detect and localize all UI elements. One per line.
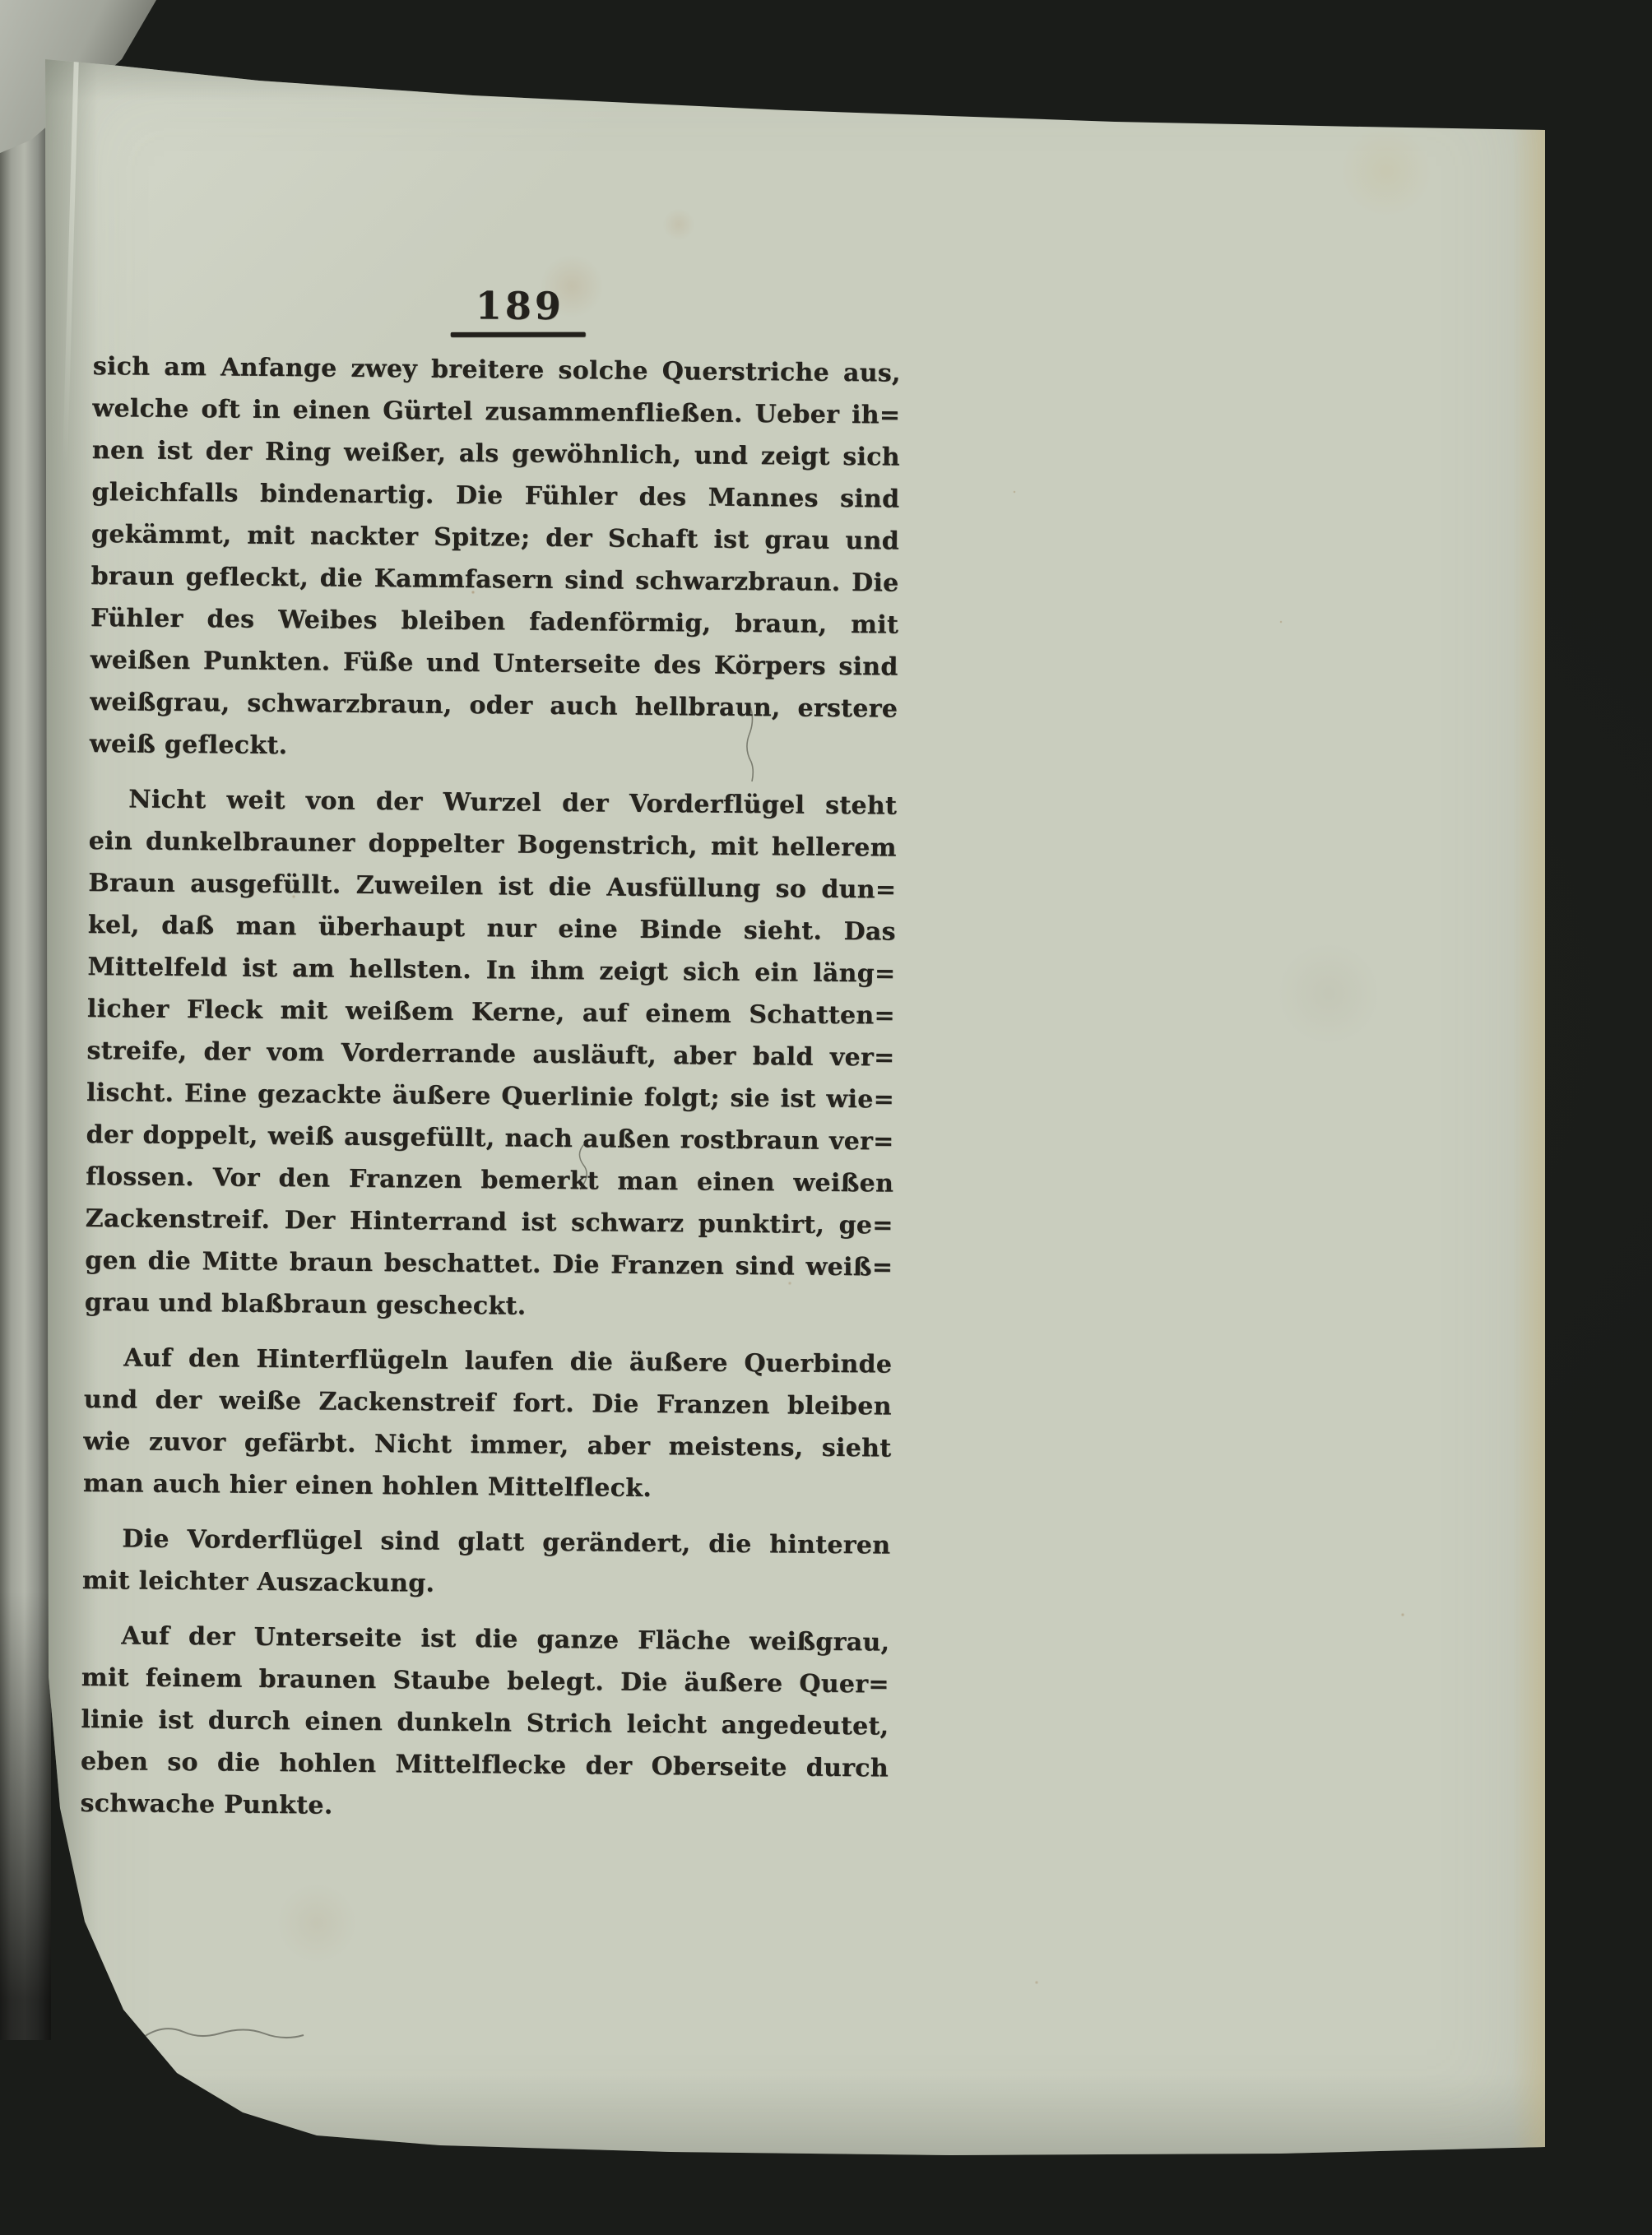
paragraph: Auf der Unterseite ist die ganze Fläche … bbox=[80, 1615, 889, 1832]
page-number: 189 bbox=[116, 285, 924, 327]
text-block: sich am Anfange zwey breitere solche Que… bbox=[80, 345, 901, 1845]
text-line: Nicht weit von der Wurzel der Vorderflüg… bbox=[89, 778, 897, 828]
book-spine-edge bbox=[0, 0, 51, 2040]
text-line: Braun ausgefüllt. Zuweilen ist die Ausfü… bbox=[88, 862, 896, 911]
text-line: streife, der vom Vorderrande ausläuft, a… bbox=[86, 1030, 894, 1079]
scan-fibre-artifact bbox=[142, 2020, 307, 2042]
text-line: lischt. Eine gezackte äußere Querlinie f… bbox=[86, 1072, 894, 1121]
text-line: linie ist durch einen dunkeln Strich lei… bbox=[81, 1699, 889, 1748]
text-line: gen die Mitte braun beschattet. Die Fran… bbox=[85, 1240, 893, 1289]
text-line: licher Fleck mit weißem Kerne, auf einem… bbox=[87, 988, 895, 1037]
paragraph: Nicht weit von der Wurzel der Vorderflüg… bbox=[85, 778, 898, 1331]
text-line: sich am Anfange zwey breitere solche Que… bbox=[93, 345, 901, 395]
text-line: eben so die hohlen Mittelflecke der Ober… bbox=[81, 1741, 889, 1790]
scan-background: 189 sich am Anfange zwey breitere solche… bbox=[0, 0, 1652, 2235]
text-line: Fühler des Weibes bleiben fadenförmig, b… bbox=[90, 597, 898, 647]
page-header: 189 bbox=[93, 285, 901, 339]
paragraph: Die Vorderflügel sind glatt gerändert, d… bbox=[82, 1518, 891, 1609]
text-line: kel, daß man überhaupt nur eine Binde si… bbox=[88, 904, 896, 953]
page-paper: 189 sich am Anfange zwey breitere solche… bbox=[45, 48, 1545, 2158]
text-line: mit feinem braunen Staube belegt. Die äu… bbox=[81, 1657, 889, 1706]
text-line: der doppelt, weiß ausgefüllt, nach außen… bbox=[86, 1114, 893, 1163]
text-line: gekämmt, mit nackter Spitze; der Schaft … bbox=[91, 513, 899, 563]
paragraph: sich am Anfange zwey breitere solche Que… bbox=[90, 345, 901, 772]
text-line: Die Vorderflügel sind glatt gerändert, d… bbox=[82, 1518, 890, 1567]
text-line: schwache Punkte. bbox=[80, 1783, 888, 1832]
text-line: Mittelfeld ist am hellsten. In ihm zeigt… bbox=[87, 946, 895, 995]
text-line: ein dunkelbrauner doppelter Bogenstrich,… bbox=[89, 820, 897, 869]
paper-crease bbox=[63, 54, 79, 466]
text-line: man auch hier einen hohlen Mittelfleck. bbox=[83, 1463, 891, 1512]
text-line: Zackenstreif. Der Hinterrand ist schwarz… bbox=[86, 1198, 893, 1247]
text-line: weißgrau, schwarzbraun, oder auch hellbr… bbox=[90, 681, 898, 730]
text-line: grau und blaßbraun gescheckt. bbox=[85, 1282, 893, 1331]
text-line: gleichfalls bindenartig. Die Fühler des … bbox=[91, 471, 899, 521]
text-line: weiß gefleckt. bbox=[90, 723, 898, 772]
scan-hair-artifact bbox=[741, 702, 758, 785]
text-line: mit leichter Auszackung. bbox=[82, 1560, 890, 1609]
scan-hair-artifact bbox=[573, 1142, 592, 1191]
page-number-underline bbox=[451, 332, 586, 337]
text-line: braun gefleckt, die Kammfasern sind schw… bbox=[90, 555, 898, 605]
text-line: Auf den Hinterflügeln laufen die äußere … bbox=[84, 1337, 892, 1386]
text-line: Auf der Unterseite ist die ganze Fläche … bbox=[81, 1615, 889, 1664]
text-line: welche oft in einen Gürtel zusammenfließ… bbox=[92, 387, 900, 437]
text-line: nen ist der Ring weißer, als gewöhnlich,… bbox=[92, 429, 900, 479]
text-line: weißen Punkten. Füße und Unterseite des … bbox=[90, 639, 898, 689]
text-line: flossen. Vor den Franzen bemerkt man ein… bbox=[86, 1156, 893, 1205]
text-line: und der weiße Zackenstreif fort. Die Fra… bbox=[84, 1379, 892, 1428]
text-line: wie zuvor gefärbt. Nicht immer, aber mei… bbox=[83, 1421, 891, 1470]
paragraph: Auf den Hinterflügeln laufen die äußere … bbox=[83, 1337, 893, 1512]
